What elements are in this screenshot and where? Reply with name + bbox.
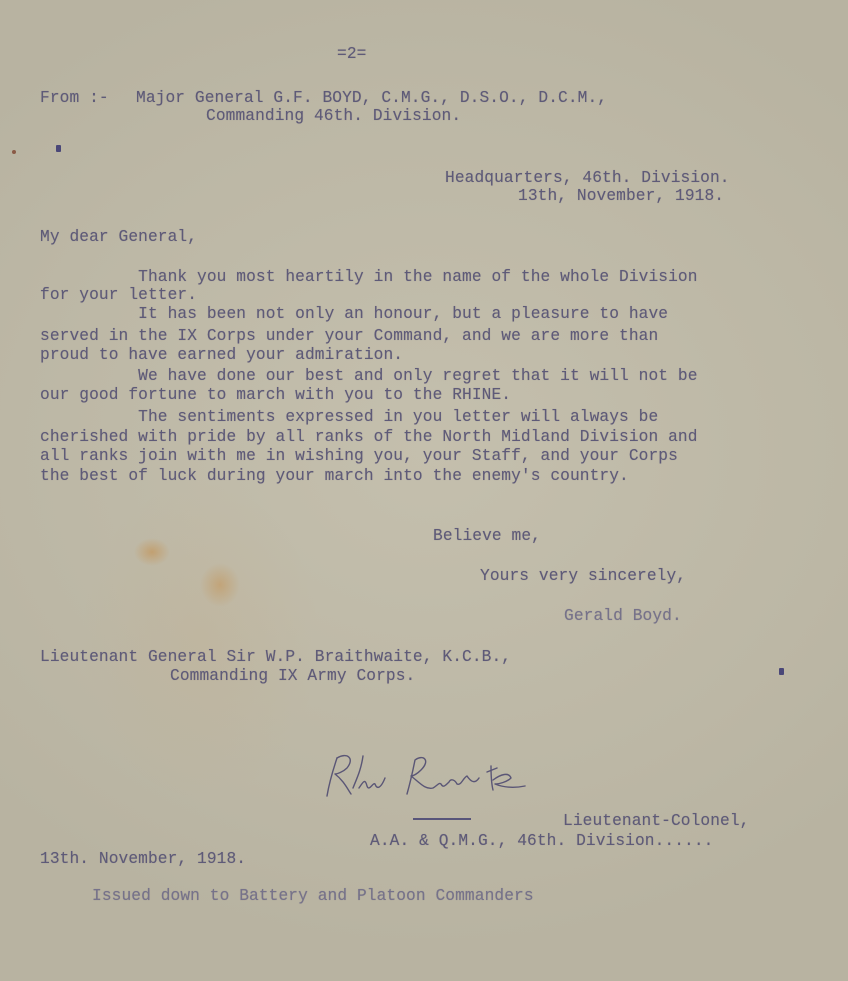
addressee-line-2: Commanding IX Army Corps.	[170, 667, 415, 685]
signatory-office: A.A. & Q.M.G., 46th. Division......	[370, 832, 714, 850]
body-line: the best of luck during your march into …	[40, 467, 629, 485]
body-line: It has been not only an honour, but a pl…	[40, 305, 668, 323]
body-line: cherished with pride by all ranks of the…	[40, 428, 698, 446]
closing-signed-name: Gerald Boyd.	[564, 607, 682, 625]
page-marker: =2=	[337, 45, 366, 63]
from-name: Major General G.F. BOYD, C.M.G., D.S.O.,…	[136, 89, 607, 107]
stray-quote-mark-top	[56, 145, 61, 152]
handwritten-signature-icon	[315, 748, 555, 808]
body-line: We have done our best and only regret th…	[40, 367, 698, 385]
addressee-line-1: Lieutenant General Sir W.P. Braithwaite,…	[40, 648, 511, 666]
body-line: our good fortune to march with you to th…	[40, 386, 511, 404]
body-line: proud to have earned your admiration.	[40, 346, 403, 364]
body-line: all ranks join with me in wishing you, y…	[40, 447, 678, 465]
body-line: The sentiments expressed in you letter w…	[40, 408, 658, 426]
footer-date: 13th. November, 1918.	[40, 850, 246, 868]
stray-quote-mark-right	[779, 668, 784, 675]
body-line: served in the IX Corps under your Comman…	[40, 327, 658, 345]
body-line: Thank you most heartily in the name of t…	[40, 268, 698, 286]
signature-underline	[413, 818, 471, 820]
closing-believe-me: Believe me,	[433, 527, 541, 545]
letter-page: =2= From :- Major General G.F. BOYD, C.M…	[0, 0, 848, 981]
from-label: From :-	[40, 89, 109, 107]
salutation: My dear General,	[40, 228, 197, 246]
closing-yours-sincerely: Yours very sincerely,	[480, 567, 686, 585]
from-title: Commanding 46th. Division.	[206, 107, 461, 125]
address-line-1: Headquarters, 46th. Division.	[445, 169, 730, 187]
body-line: for your letter.	[40, 286, 197, 304]
signatory-rank: Lieutenant-Colonel,	[563, 812, 749, 830]
address-line-2: 13th, November, 1918.	[518, 187, 724, 205]
distribution-note: Issued down to Battery and Platoon Comma…	[92, 887, 534, 905]
ink-speck	[12, 150, 16, 154]
